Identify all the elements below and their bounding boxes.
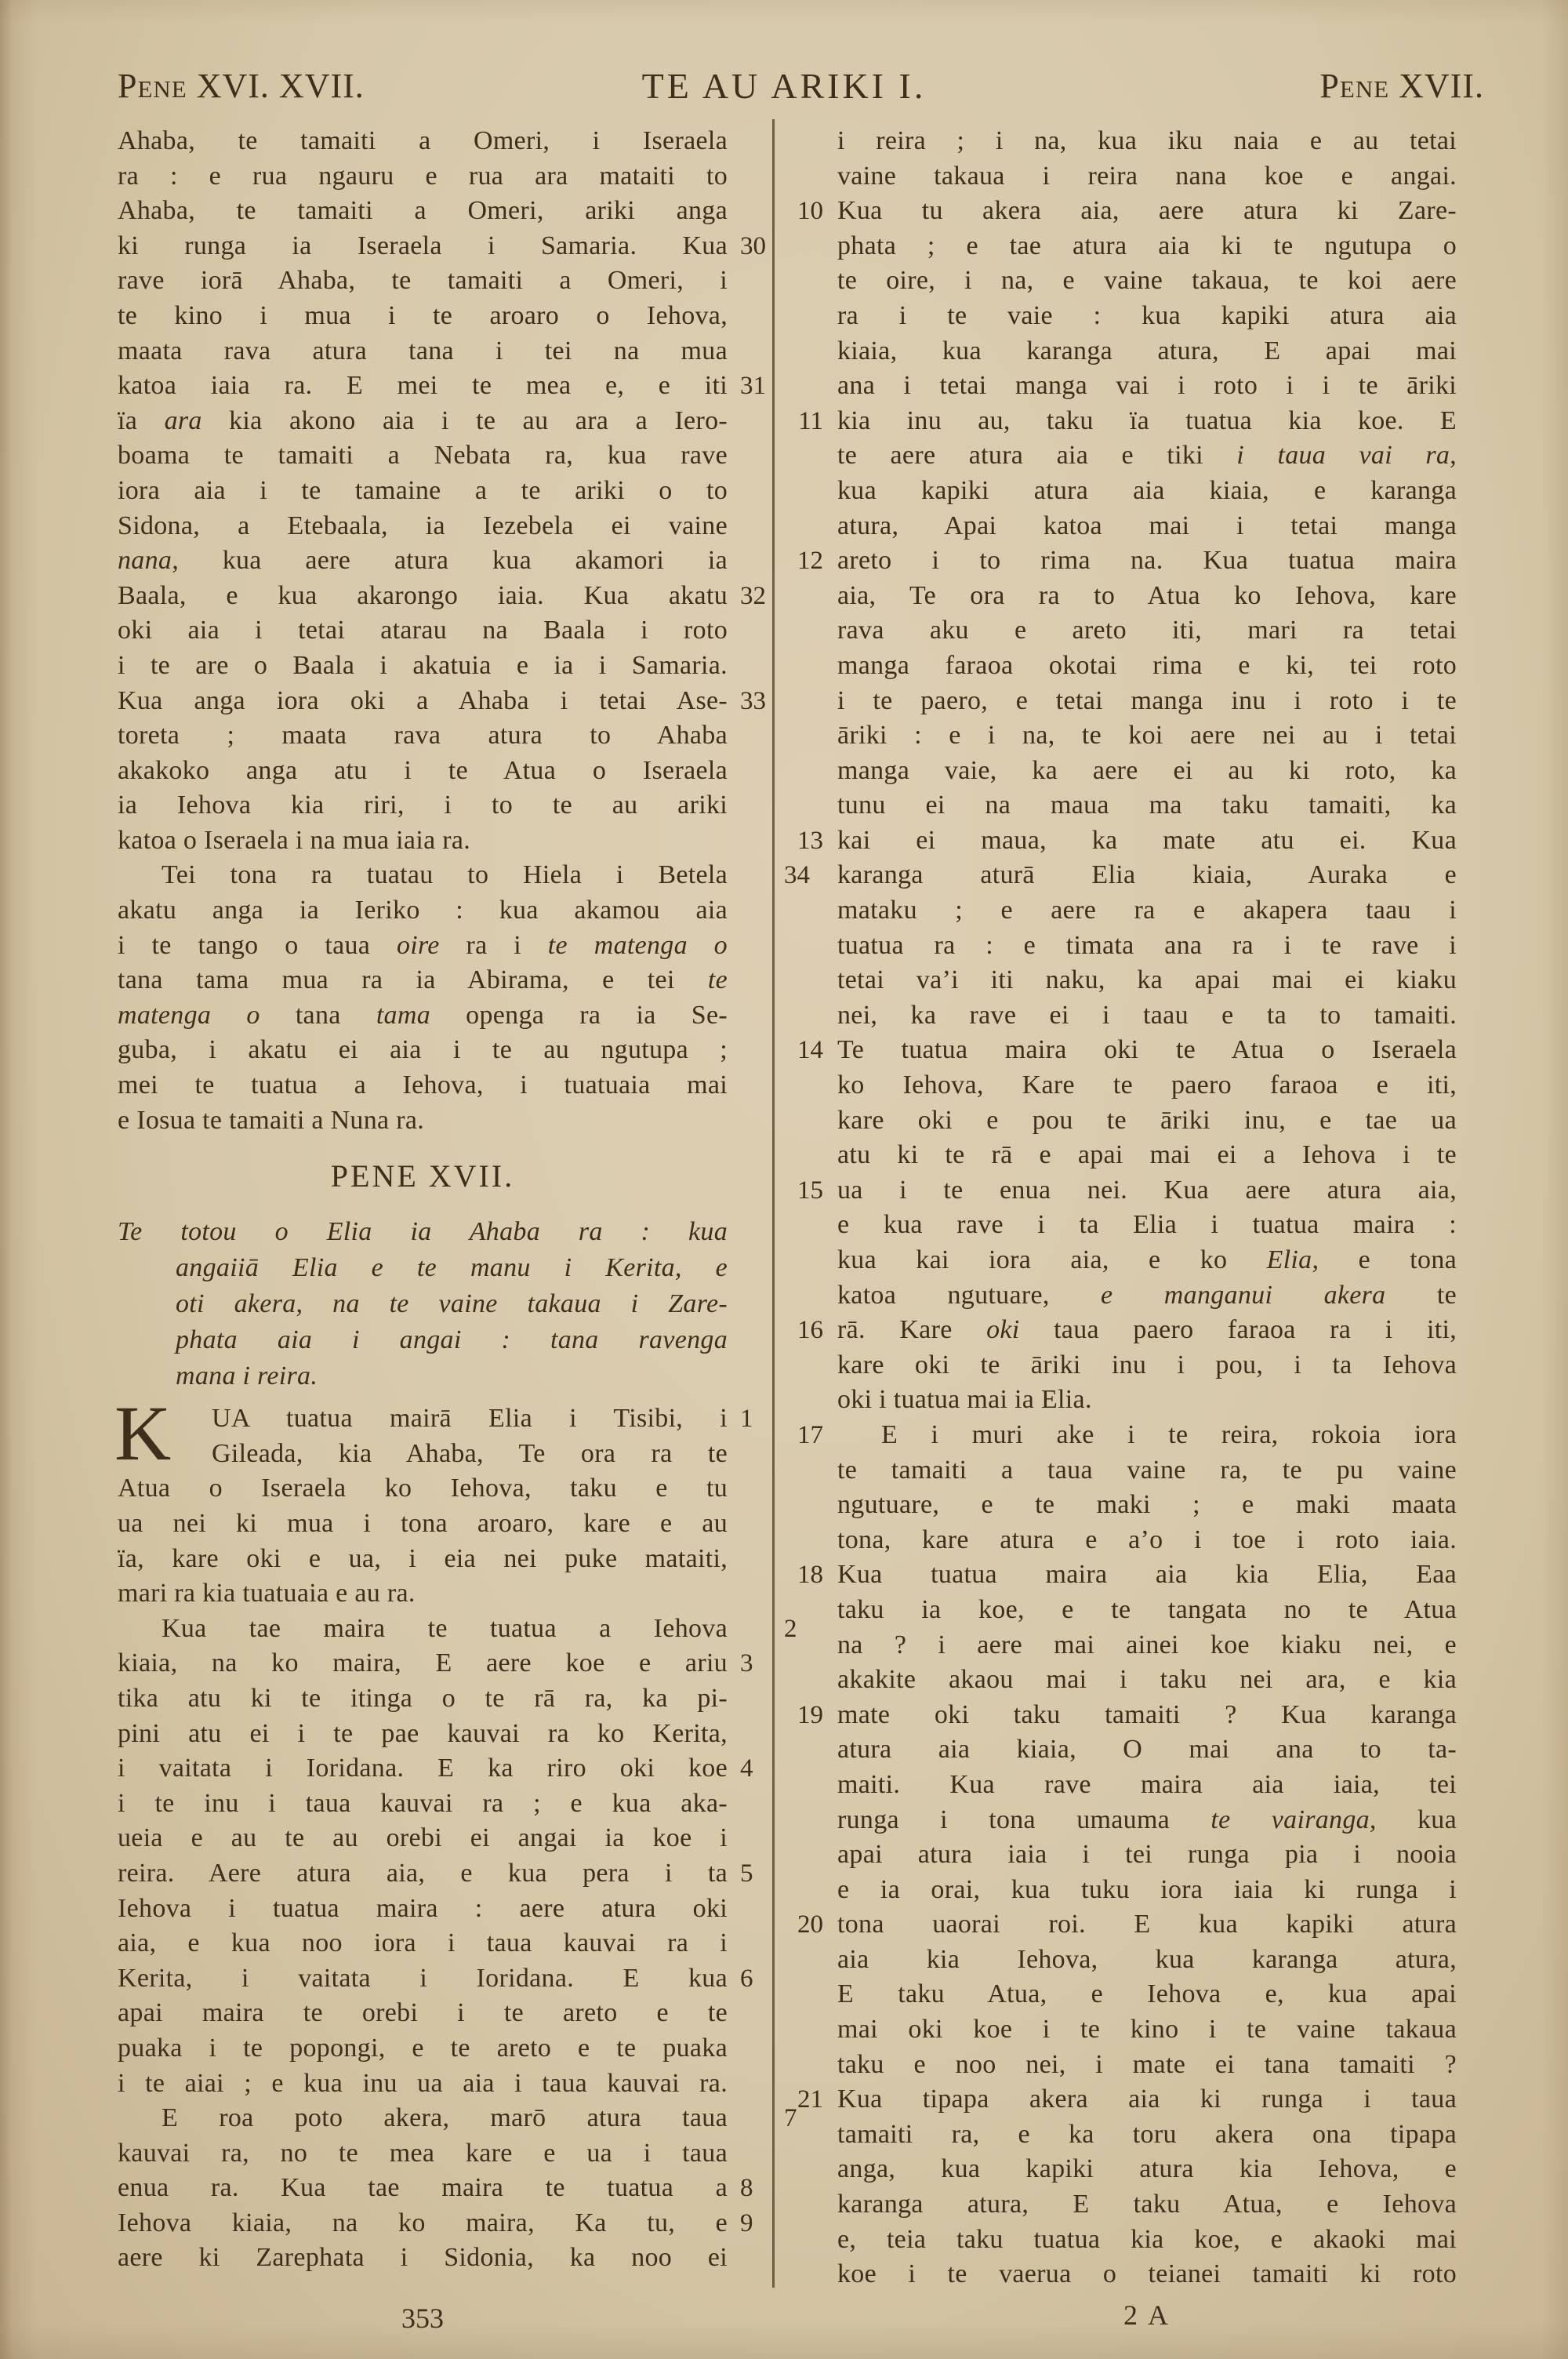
body-text: e Iosua te tamaiti a Nuna ra. bbox=[118, 1106, 424, 1135]
body-text: tuatua ra : e timata ana ra i te rave i bbox=[837, 931, 1457, 960]
text-line: karanga aturā Elia kiaia, Auraka e bbox=[837, 858, 1457, 893]
body-text: i te tango o taua bbox=[118, 931, 397, 960]
text-line: puaka i te popongi, e te areto e te puak… bbox=[118, 2031, 728, 2066]
body-text: Kua tae maira te tuatua a Iehova bbox=[162, 1614, 728, 1643]
italic-text: tama bbox=[376, 1001, 430, 1030]
body-text: ra : e rua ngauru e rua ara mataiti to bbox=[118, 162, 728, 191]
text-line: atura aia kiaia, O mai ana to ta- bbox=[837, 1732, 1457, 1768]
text-line: mana i reira. bbox=[118, 1358, 728, 1394]
body-text: tana tama mua ra ia Abirama, e tei bbox=[118, 965, 708, 994]
text-line: oki i tuatua mai ia Elia. bbox=[837, 1383, 1457, 1418]
page-number: 353 bbox=[118, 2301, 728, 2335]
body-text: oti akera, na te vaine takaua i Zare- bbox=[176, 1289, 728, 1318]
text-line: akakite akaou mai i taku nei ara, e kia bbox=[837, 1663, 1457, 1698]
italic-text: ara bbox=[165, 406, 202, 435]
body-text: katoa iaia ra. E mei te mea e, e iti bbox=[118, 371, 728, 400]
text-line: kua kapiki atura aia kiaia, e karanga bbox=[837, 474, 1457, 509]
body-text: rā. Kare bbox=[837, 1315, 986, 1344]
text-line: tana tama mua ra ia Abirama, e tei te bbox=[118, 963, 728, 998]
left-text-column: Ahaba, te tamaiti a Omeri, i Iseraelara … bbox=[118, 124, 728, 2276]
body-text: te oire, i na, e vaine takaua, te koi ae… bbox=[837, 266, 1457, 295]
text-line: tona uaorai roi. E kua kapiki atura20 bbox=[837, 1907, 1457, 1943]
body-text: tetai va’i iti naku, ka apai mai ei kiak… bbox=[837, 965, 1457, 994]
body-text: oki aia i tetai atarau na Baala i roto bbox=[118, 616, 728, 645]
text-line: kiaia, kua karanga atura, E apai mai bbox=[837, 334, 1457, 369]
text-line: pini atu ei i te pae kauvai ra ko Kerita… bbox=[118, 1717, 728, 1752]
body-text: koe i te vaerua o teianei tamaiti ki rot… bbox=[837, 2259, 1457, 2288]
verse-number: 17 bbox=[753, 1418, 823, 1453]
text-line: ïa, kare oki e ua, i eia nei puke matait… bbox=[118, 1542, 728, 1577]
body-text: ana i tetai manga vai i roto i i te ārik… bbox=[837, 371, 1457, 400]
text-line: i te paero, e tetai manga inu i roto i t… bbox=[837, 684, 1457, 719]
text-line: manga vaie, ka aere ei au ki roto, ka bbox=[837, 754, 1457, 789]
text-line: Kua tae maira te tuatua a Iehova2 bbox=[118, 1612, 728, 1647]
body-text: kiaia, na ko maira, E aere koe e ariu bbox=[118, 1648, 728, 1677]
italic-text: oki bbox=[986, 1315, 1019, 1344]
body-text: Kua anga iora oki a Ahaba i tetai Ase- bbox=[118, 686, 728, 715]
text-line: kai ei maua, ka mate atu ei. Kua13 bbox=[837, 823, 1457, 859]
text-line: boama te tamaiti a Nebata ra, kua rave bbox=[118, 438, 728, 474]
body-text: karanga aturā Elia kiaia, Auraka e bbox=[837, 860, 1457, 889]
body-text: UA tuatua mairā Elia i Tisibi, i bbox=[212, 1404, 728, 1433]
text-line: ko Iehova, Kare te paero faraoa e iti, bbox=[837, 1068, 1457, 1103]
text-line: tona, kare atura e a’o i toe i roto iaia… bbox=[837, 1523, 1457, 1558]
body-text: ïa bbox=[118, 406, 165, 435]
verse-number: 34 bbox=[740, 858, 810, 893]
text-line: mei te tuatua a Iehova, i tuatuaia mai bbox=[118, 1068, 728, 1103]
text-line: anga, kua kapiki atura kia Iehova, e bbox=[837, 2152, 1457, 2187]
verse-number: 7 bbox=[740, 2101, 797, 2136]
body-text: e, teia taku tuatua kia koe, e akaoki ma… bbox=[837, 2225, 1457, 2254]
text-line: maata rava atura tana i tei na mua bbox=[118, 334, 728, 369]
body-text: Atua o Iseraela ko Iehova, taku e tu bbox=[118, 1474, 728, 1503]
text-line: e Iosua te tamaiti a Nuna ra. bbox=[118, 1103, 728, 1139]
text-line: Kua anga iora oki a Ahaba i tetai Ase-33 bbox=[118, 684, 728, 719]
verse-number: 21 bbox=[797, 2082, 823, 2117]
body-text: mai oki koe i te kino i te vaine takaua bbox=[837, 2015, 1457, 2044]
body-text: Gileada, kia Ahaba, Te ora ra te bbox=[212, 1439, 728, 1468]
body-text: kua aere atura kua akamori ia bbox=[179, 546, 728, 575]
text-line: katoa ngutuare, e manganui akera te bbox=[837, 1278, 1457, 1314]
text-line: ki runga ia Iseraela i Samaria. Kua30 bbox=[118, 229, 728, 264]
text-line: aia, e kua noo iora i taua kauvai ra i bbox=[118, 1926, 728, 1961]
body-text: mari ra kia tuatuaia e au ra. bbox=[118, 1579, 416, 1608]
running-head-left: Pene XVI. XVII. bbox=[118, 66, 365, 107]
text-line: matenga o tana tama openga ra ia Se- bbox=[118, 998, 728, 1034]
body-text: aia, e kua noo iora i taua kauvai ra i bbox=[118, 1928, 728, 1957]
verse-number: 12 bbox=[797, 543, 823, 579]
italic-text: i taua vai ra, bbox=[1236, 441, 1457, 470]
verse-number: 9 bbox=[740, 2206, 753, 2241]
text-line: Atua o Iseraela ko Iehova, taku e tu bbox=[118, 1471, 728, 1507]
text-line: akatu anga ia Ieriko : kua akamou aia bbox=[118, 893, 728, 929]
text-line: kare oki te āriki inu i pou, i ta Iehova bbox=[837, 1348, 1457, 1383]
text-line: atura, Apai katoa mai i tetai manga bbox=[837, 509, 1457, 544]
body-text: ko Iehova, Kare te paero faraoa e iti, bbox=[837, 1070, 1457, 1100]
text-line: tunu ei na maua ma taku tamaiti, ka bbox=[837, 788, 1457, 823]
body-text: Tei tona ra tuatau to Hiela i Betela bbox=[162, 860, 728, 889]
right-text-column: i reira ; i na, kua iku naia e au tetaiv… bbox=[837, 124, 1457, 2292]
verse-number: 3 bbox=[740, 1646, 753, 1681]
verse-number: 5 bbox=[740, 1856, 753, 1892]
text-line: iora aia i te tamaine a te ariki o to bbox=[118, 474, 728, 509]
text-line: manga faraoa okotai rima e ki, tei roto bbox=[837, 649, 1457, 684]
body-text: manga faraoa okotai rima e ki, tei roto bbox=[837, 651, 1457, 680]
text-line: tuatua ra : e timata ana ra i te rave i bbox=[837, 929, 1457, 964]
text-line: tamaiti ra, e ka toru akera ona tipapa bbox=[837, 2117, 1457, 2153]
body-text: te tamaiti a taua vaine ra, te pu vaine bbox=[837, 1456, 1457, 1485]
text-line: te kino i mua i te aroaro o Iehova, bbox=[118, 299, 728, 334]
body-text: runga i tona umauma bbox=[837, 1805, 1210, 1834]
body-text: akakoko anga atu i te Atua o Iseraela bbox=[118, 756, 728, 785]
body-text: phata aia i angai : tana ravenga bbox=[176, 1325, 728, 1354]
text-line: oki aia i tetai atarau na Baala i roto bbox=[118, 613, 728, 649]
text-line: i te are o Baala i akatuia e ia i Samari… bbox=[118, 649, 728, 684]
body-text: taku e noo nei, i mate ei tana tamaiti ? bbox=[837, 2050, 1457, 2079]
body-text: E roa poto akera, marō atura taua bbox=[162, 2103, 728, 2132]
text-line: mataku ; e aere ra e akapera taau i bbox=[837, 893, 1457, 929]
verse-number: 13 bbox=[797, 823, 823, 859]
scanned-book-page: { "header": { "left": "Pene XVI. XVII.",… bbox=[0, 0, 1568, 2359]
text-line: Kerita, i vaitata i Ioridana. E kua6 bbox=[118, 1961, 728, 1997]
body-text: puaka i te popongi, e te areto e te puak… bbox=[118, 2034, 728, 2063]
verse-number: 31 bbox=[740, 369, 766, 404]
text-line: nei, ka rave ei i taau e ta to tamaiti. bbox=[837, 998, 1457, 1034]
text-line: Gileada, kia Ahaba, Te ora ra te bbox=[118, 1437, 728, 1472]
body-text: akatu anga ia Ieriko : kua akamou aia bbox=[118, 896, 728, 925]
text-line: toreta ; maata rava atura to Ahaba bbox=[118, 718, 728, 754]
text-line: koe i te vaerua o teianei tamaiti ki rot… bbox=[837, 2257, 1457, 2292]
body-text: rava aku e areto iti, mari ra tetai bbox=[837, 616, 1457, 645]
column-divider-rule bbox=[772, 119, 775, 2288]
body-text: tunu ei na maua ma taku tamaiti, ka bbox=[837, 791, 1457, 820]
body-text: kare oki e pou te āriki inu, e tae ua bbox=[837, 1106, 1457, 1135]
text-line: atu ki te rā e apai mai ei a Iehova i te bbox=[837, 1138, 1457, 1173]
text-line: Tei tona ra tuatau to Hiela i Betela34 bbox=[118, 858, 728, 893]
body-text: i te aiai ; e kua inu ua aia i taua kauv… bbox=[118, 2069, 728, 2098]
text-line: angaiiā Elia e te manu i Kerita, e bbox=[118, 1250, 728, 1286]
body-text: mana i reira. bbox=[176, 1361, 318, 1390]
verse-number: 6 bbox=[740, 1961, 753, 1997]
body-text: tona uaorai roi. E kua kapiki atura bbox=[837, 1910, 1457, 1939]
text-line: Iehova i tuatua maira : aere atura oki bbox=[118, 1892, 728, 1927]
text-line: te oire, i na, e vaine takaua, te koi ae… bbox=[837, 264, 1457, 299]
body-text: iora aia i te tamaine a te ariki o to bbox=[118, 476, 728, 505]
text-line: E roa poto akera, marō atura taua7 bbox=[118, 2101, 728, 2136]
body-text: guba, i akatu ei aia i te au ngutupa ; bbox=[118, 1035, 728, 1064]
running-head-right: Pene XVII. bbox=[1319, 66, 1484, 107]
body-text: Kerita, i vaitata i Ioridana. E kua bbox=[118, 1964, 728, 1993]
body-text: apai atura iaia i tei runga pia i nooia bbox=[837, 1840, 1457, 1869]
body-text: areto i to rima na. Kua tuatua maira bbox=[837, 546, 1457, 575]
text-line: i te aiai ; e kua inu ua aia i taua kauv… bbox=[118, 2066, 728, 2102]
chapter-16-text-block: Ahaba, te tamaiti a Omeri, i Iseraelara … bbox=[118, 124, 728, 1138]
body-text: kua kapiki atura aia kiaia, e karanga bbox=[837, 476, 1457, 505]
verse-number: 10 bbox=[797, 194, 823, 229]
text-line: ïa ara kia akono aia i te au ara a Iero- bbox=[118, 404, 728, 439]
body-text: e kua rave i ta Elia i tuatua maira : bbox=[837, 1210, 1457, 1239]
text-line: tetai va’i iti naku, ka apai mai ei kiak… bbox=[837, 963, 1457, 998]
chapter-summary-block: Te totou o Elia ia Ahaba ra : kuaangaiiā… bbox=[118, 1214, 728, 1394]
text-line: E i muri ake i te reira, rokoia iora17 bbox=[837, 1418, 1457, 1453]
body-text: kia inu au, taku ïa tuatua kia koe. E bbox=[837, 406, 1457, 435]
body-text: mataku ; e aere ra e akapera taau i bbox=[837, 896, 1457, 925]
text-line: nana, kua aere atura kua akamori ia bbox=[118, 543, 728, 579]
text-line: rava aku e areto iti, mari ra tetai bbox=[837, 613, 1457, 649]
text-line: Ahaba, te tamaiti a Omeri, i Iseraela bbox=[118, 124, 728, 159]
body-text: Kua tipapa akera aia ki runga i taua bbox=[837, 2085, 1457, 2114]
body-text: openga ra ia Se- bbox=[430, 1001, 728, 1030]
running-head-title: TE AU ARIKI I. bbox=[642, 66, 927, 107]
body-text: kiaia, kua karanga atura, E apai mai bbox=[837, 336, 1457, 365]
body-text: te kino i mua i te aroaro o Iehova, bbox=[118, 301, 728, 330]
body-text: ia Iehova kia riri, i to te au ariki bbox=[118, 791, 728, 820]
body-text: i te are o Baala i akatuia e ia i Samari… bbox=[118, 651, 728, 680]
text-line: i te inu i taua kauvai ra ; e kua aka- bbox=[118, 1787, 728, 1822]
body-text: tana bbox=[260, 1001, 376, 1030]
body-text: tamaiti ra, e ka toru akera ona tipapa bbox=[837, 2120, 1457, 2149]
body-text: kare oki te āriki inu i pou, i ta Iehova bbox=[837, 1350, 1457, 1379]
body-text: kauvai ra, no te mea kare e ua i taua bbox=[118, 2139, 728, 2168]
body-text: ra i te vaie : kua kapiki atura aia bbox=[837, 301, 1457, 330]
verse-number: 2 bbox=[740, 1612, 797, 1647]
body-text: ïa, kare oki e ua, i eia nei puke matait… bbox=[118, 1544, 728, 1573]
italic-text: e manganui akera bbox=[1101, 1281, 1385, 1310]
italic-text: matenga o bbox=[118, 1001, 260, 1030]
text-line: Baala, e kua akarongo iaia. Kua akatu32 bbox=[118, 579, 728, 614]
text-line: i reira ; i na, kua iku naia e au tetai bbox=[837, 124, 1457, 159]
body-text: i te inu i taua kauvai ra ; e kua aka- bbox=[118, 1789, 728, 1818]
body-text: kai ei maua, ka mate atu ei. Kua bbox=[837, 826, 1457, 855]
verse-number: 18 bbox=[797, 1558, 823, 1593]
body-text: katoa ngutuare, bbox=[837, 1281, 1101, 1310]
body-text: akakite akaou mai i taku nei ara, e kia bbox=[837, 1665, 1457, 1694]
body-text: boama te tamaiti a Nebata ra, kua rave bbox=[118, 441, 728, 470]
body-text: vaine takaua i reira nana koe e angai. bbox=[837, 162, 1457, 191]
body-text: rave iorā Ahaba, te tamaiti a Omeri, i bbox=[118, 266, 728, 295]
body-text: i te paero, e tetai manga inu i roto i t… bbox=[837, 686, 1457, 715]
body-text: mate oki taku tamaiti ? Kua karanga bbox=[837, 1700, 1457, 1729]
text-line: ra : e rua ngauru e rua ara mataiti to bbox=[118, 159, 728, 194]
body-text: mei te tuatua a Iehova, i tuatuaia mai bbox=[118, 1070, 728, 1100]
body-text: pini atu ei i te pae kauvai ra ko Kerita… bbox=[118, 1719, 728, 1748]
text-line: vaine takaua i reira nana koe e angai. bbox=[837, 159, 1457, 194]
body-text: Iehova kiaia, na ko maira, Ka tu, e bbox=[118, 2208, 728, 2237]
italic-text: Elia, bbox=[1267, 1245, 1319, 1274]
text-line: kauvai ra, no te mea kare e ua i taua bbox=[118, 2136, 728, 2172]
verse-number: 14 bbox=[797, 1033, 823, 1068]
text-line: taku ia koe, e te tangata no te Atua bbox=[837, 1593, 1457, 1628]
body-text: te bbox=[1385, 1281, 1457, 1310]
text-line: ana i tetai manga vai i roto i i te ārik… bbox=[837, 369, 1457, 404]
italic-text: te matenga o bbox=[548, 931, 728, 960]
text-line: i te tango o taua oire ra i te matenga o bbox=[118, 929, 728, 964]
text-line: oti akera, na te vaine takaua i Zare- bbox=[118, 1286, 728, 1322]
body-text: atu ki te rā e apai mai ei a Iehova i te bbox=[837, 1140, 1457, 1169]
body-text: atura, Apai katoa mai i tetai manga bbox=[837, 511, 1457, 540]
body-text: i vaitata i Ioridana. E ka riro oki koe bbox=[118, 1754, 728, 1783]
text-line: āriki : e i na, te koi aere nei au i tet… bbox=[837, 718, 1457, 754]
body-text: na ? i aere mai ainei koe kiaku nei, e bbox=[837, 1630, 1457, 1659]
body-text: kua bbox=[1377, 1805, 1457, 1834]
text-line: E taku Atua, e Iehova e, kua apai bbox=[837, 1977, 1457, 2012]
text-line: e, teia taku tuatua kia koe, e akaoki ma… bbox=[837, 2223, 1457, 2258]
text-line: e ia orai, kua tuku iora iaia ki runga i bbox=[837, 1873, 1457, 1908]
body-text: karanga atura, E taku Atua, e Iehova bbox=[837, 2190, 1457, 2219]
text-line: runga i tona umauma te vairanga, kua bbox=[837, 1803, 1457, 1838]
body-text: te aere atura aia e tiki bbox=[837, 441, 1236, 470]
text-line: Iehova kiaia, na ko maira, Ka tu, e9 bbox=[118, 2206, 728, 2241]
verse-number: 32 bbox=[740, 579, 766, 614]
text-line: ra i te vaie : kua kapiki atura aia bbox=[837, 299, 1457, 334]
text-line: na ? i aere mai ainei koe kiaku nei, e bbox=[837, 1628, 1457, 1663]
verse-number: 8 bbox=[740, 2171, 753, 2206]
text-line: areto i to rima na. Kua tuatua maira12 bbox=[837, 543, 1457, 579]
body-text: Baala, e kua akarongo iaia. Kua akatu bbox=[118, 581, 728, 610]
text-line: tika atu ki te itinga o te rā ra, ka pi- bbox=[118, 1681, 728, 1717]
text-line: aia kia Iehova, kua karanga atura, bbox=[837, 1943, 1457, 1978]
body-text: E i muri ake i te reira, rokoia iora bbox=[881, 1420, 1457, 1449]
text-line: te aere atura aia e tiki i taua vai ra, bbox=[837, 438, 1457, 474]
text-line: reira. Aere atura aia, e kua pera i ta5 bbox=[118, 1856, 728, 1892]
body-text: Kua tuatua maira aia kia Elia, Eaa bbox=[837, 1560, 1457, 1589]
verse-number: 16 bbox=[797, 1313, 823, 1348]
body-text: maata rava atura tana i tei na mua bbox=[118, 336, 728, 365]
text-line: katoa o Iseraela i na mua iaia ra. bbox=[118, 823, 728, 859]
text-line: rave iorā Ahaba, te tamaiti a Omeri, i bbox=[118, 264, 728, 299]
body-text: Ahaba, te tamaiti a Omeri, i Iseraela bbox=[118, 126, 728, 155]
chapter-heading: PENE XVII. bbox=[118, 1159, 728, 1194]
text-line: mari ra kia tuatuaia e au ra. bbox=[118, 1576, 728, 1612]
body-text: aia, Te ora ra to Atua ko Iehova, kare bbox=[837, 581, 1457, 610]
italic-text: te bbox=[708, 965, 728, 994]
body-text: e tona bbox=[1319, 1245, 1457, 1274]
body-text: katoa o Iseraela i na mua iaia ra. bbox=[118, 826, 470, 855]
body-text: e ia orai, kua tuku iora iaia ki runga i bbox=[837, 1875, 1457, 1904]
text-line: ia Iehova kia riri, i to te au ariki bbox=[118, 788, 728, 823]
verse-number: 33 bbox=[740, 684, 766, 719]
body-text: i reira ; i na, kua iku naia e au tetai bbox=[837, 126, 1457, 155]
body-text: kia akono aia i te au ara a Iero- bbox=[202, 406, 728, 435]
body-text: aia kia Iehova, kua karanga atura, bbox=[837, 1945, 1457, 1974]
text-line: guba, i akatu ei aia i te au ngutupa ; bbox=[118, 1033, 728, 1068]
body-text: ua nei ki mua i tona aroaro, kare e au bbox=[118, 1509, 728, 1538]
body-text: kua kai iora aia, e ko bbox=[837, 1245, 1267, 1274]
text-line: aia, Te ora ra to Atua ko Iehova, kare bbox=[837, 579, 1457, 614]
body-text: Sidona, a Etebaala, ia Iezebela ei vaine bbox=[118, 511, 728, 540]
signature-mark: 2 A bbox=[837, 2298, 1457, 2332]
text-line: i vaitata i Ioridana. E ka riro oki koe4 bbox=[118, 1751, 728, 1787]
body-text: Te totou o Elia ia Ahaba ra : kua bbox=[118, 1217, 728, 1246]
body-text: taua paero faraoa ra i iti, bbox=[1020, 1315, 1457, 1344]
body-text: angaiiā Elia e te manu i Kerita, e bbox=[176, 1253, 728, 1282]
verse-number: 1 bbox=[740, 1401, 753, 1437]
text-line: apai atura iaia i tei runga pia i nooia bbox=[837, 1837, 1457, 1873]
body-text: tika atu ki te itinga o te rā ra, ka pi- bbox=[118, 1684, 728, 1713]
italic-text: oire bbox=[397, 931, 440, 960]
body-text: phata ; e tae atura aia ki te ngutupa o bbox=[837, 231, 1457, 260]
body-text: Te tuatua maira oki te Atua o Iseraela bbox=[837, 1035, 1457, 1064]
text-line: taku e noo nei, i mate ei tana tamaiti ? bbox=[837, 2048, 1457, 2083]
text-line: karanga atura, E taku Atua, e Iehova bbox=[837, 2187, 1457, 2223]
text-line: te tamaiti a taua vaine ra, te pu vaine bbox=[837, 1453, 1457, 1488]
text-line: mate oki taku tamaiti ? Kua karanga19 bbox=[837, 1698, 1457, 1733]
body-text: E taku Atua, e Iehova e, kua apai bbox=[837, 1979, 1457, 2008]
body-text: ngutuare, e te maki ; e maki maata bbox=[837, 1490, 1457, 1519]
text-line: Kua tuatua maira aia kia Elia, Eaa18 bbox=[837, 1558, 1457, 1593]
text-line: phata ; e tae atura aia ki te ngutupa o bbox=[837, 229, 1457, 264]
text-line: ua i te enua nei. Kua aere atura aia,15 bbox=[837, 1173, 1457, 1209]
body-text: ueia e au te au orebi ei angai ia koe i bbox=[118, 1823, 728, 1852]
text-line: enua ra. Kua tae maira te tuatua a8 bbox=[118, 2171, 728, 2206]
body-text: reira. Aere atura aia, e kua pera i ta bbox=[118, 1859, 728, 1888]
italic-text: te vairanga, bbox=[1210, 1805, 1376, 1834]
text-line: ueia e au te au orebi ei angai ia koe i bbox=[118, 1821, 728, 1856]
body-text: enua ra. Kua tae maira te tuatua a bbox=[118, 2173, 728, 2202]
body-text: taku ia koe, e te tangata no te Atua bbox=[837, 1595, 1457, 1624]
text-line: rā. Kare oki taua paero faraoa ra i iti,… bbox=[837, 1313, 1457, 1348]
text-line: UA tuatua mairā Elia i Tisibi, i1 bbox=[118, 1401, 728, 1437]
verse-number: 30 bbox=[740, 229, 766, 264]
text-line: Sidona, a Etebaala, ia Iezebela ei vaine bbox=[118, 509, 728, 544]
verse-number: 19 bbox=[797, 1698, 823, 1733]
text-line: mai oki koe i te kino i te vaine takaua bbox=[837, 2012, 1457, 2048]
text-line: Te totou o Elia ia Ahaba ra : kua bbox=[118, 1214, 728, 1250]
body-text: āriki : e i na, te koi aere nei au i tet… bbox=[837, 721, 1457, 750]
text-line: aere ki Zarephata i Sidonia, ka noo ei bbox=[118, 2241, 728, 2276]
text-line: kare oki e pou te āriki inu, e tae ua bbox=[837, 1103, 1457, 1139]
body-text: toreta ; maata rava atura to Ahaba bbox=[118, 721, 728, 750]
body-text: ra i bbox=[440, 931, 548, 960]
italic-text: nana, bbox=[118, 546, 179, 575]
text-line: katoa iaia ra. E mei te mea e, e iti31 bbox=[118, 369, 728, 404]
text-line: phata aia i angai : tana ravenga bbox=[118, 1322, 728, 1358]
text-line: akakoko anga atu i te Atua o Iseraela bbox=[118, 754, 728, 789]
verse-number: 20 bbox=[797, 1907, 823, 1943]
verse-number: 15 bbox=[797, 1173, 823, 1209]
body-text: ua i te enua nei. Kua aere atura aia, bbox=[837, 1176, 1457, 1205]
body-text: tona, kare atura e a’o i toe i roto iaia… bbox=[837, 1525, 1457, 1554]
body-text: ki runga ia Iseraela i Samaria. Kua bbox=[118, 231, 728, 260]
text-line: ngutuare, e te maki ; e maki maata bbox=[837, 1488, 1457, 1523]
text-line: kua kai iora aia, e ko Elia, e tona bbox=[837, 1243, 1457, 1278]
text-line: e kua rave i ta Elia i tuatua maira : bbox=[837, 1208, 1457, 1243]
body-text: apai maira te orebi i te areto e te bbox=[118, 1998, 728, 2027]
body-text: nei, ka rave ei i taau e ta to tamaiti. bbox=[837, 1001, 1457, 1030]
text-line: maiti. Kua rave maira aia iaia, tei bbox=[837, 1768, 1457, 1803]
body-text: maiti. Kua rave maira aia iaia, tei bbox=[837, 1770, 1457, 1799]
body-text: oki i tuatua mai ia Elia. bbox=[837, 1385, 1092, 1414]
body-text: manga vaie, ka aere ei au ki roto, ka bbox=[837, 756, 1457, 785]
chapter-17-text-block: K UA tuatua mairā Elia i Tisibi, i1Gilea… bbox=[118, 1401, 728, 2276]
text-line: ua nei ki mua i tona aroaro, kare e au bbox=[118, 1507, 728, 1542]
verse-number: 11 bbox=[798, 404, 823, 439]
body-text: Kua tu akera aia, aere atura ki Zare- bbox=[837, 196, 1457, 225]
verse-number: 4 bbox=[740, 1751, 753, 1787]
text-line: Te tuatua maira oki te Atua o Iseraela14 bbox=[837, 1033, 1457, 1068]
text-line: apai maira te orebi i te areto e te bbox=[118, 1996, 728, 2031]
text-line: Kua tu akera aia, aere atura ki Zare-10 bbox=[837, 194, 1457, 229]
body-text: Iehova i tuatua maira : aere atura oki bbox=[118, 1894, 728, 1923]
body-text: atura aia kiaia, O mai ana to ta- bbox=[837, 1735, 1457, 1764]
body-text: Ahaba, te tamaiti a Omeri, ariki anga bbox=[118, 196, 728, 225]
text-line: Kua tipapa akera aia ki runga i taua21 bbox=[837, 2082, 1457, 2117]
text-line: kiaia, na ko maira, E aere koe e ariu3 bbox=[118, 1646, 728, 1681]
body-text: aere ki Zarephata i Sidonia, ka noo ei bbox=[118, 2243, 728, 2272]
body-text: anga, kua kapiki atura kia Iehova, e bbox=[837, 2154, 1457, 2183]
text-line: Ahaba, te tamaiti a Omeri, ariki anga bbox=[118, 194, 728, 229]
text-line: kia inu au, taku ïa tuatua kia koe. E11 bbox=[837, 404, 1457, 439]
